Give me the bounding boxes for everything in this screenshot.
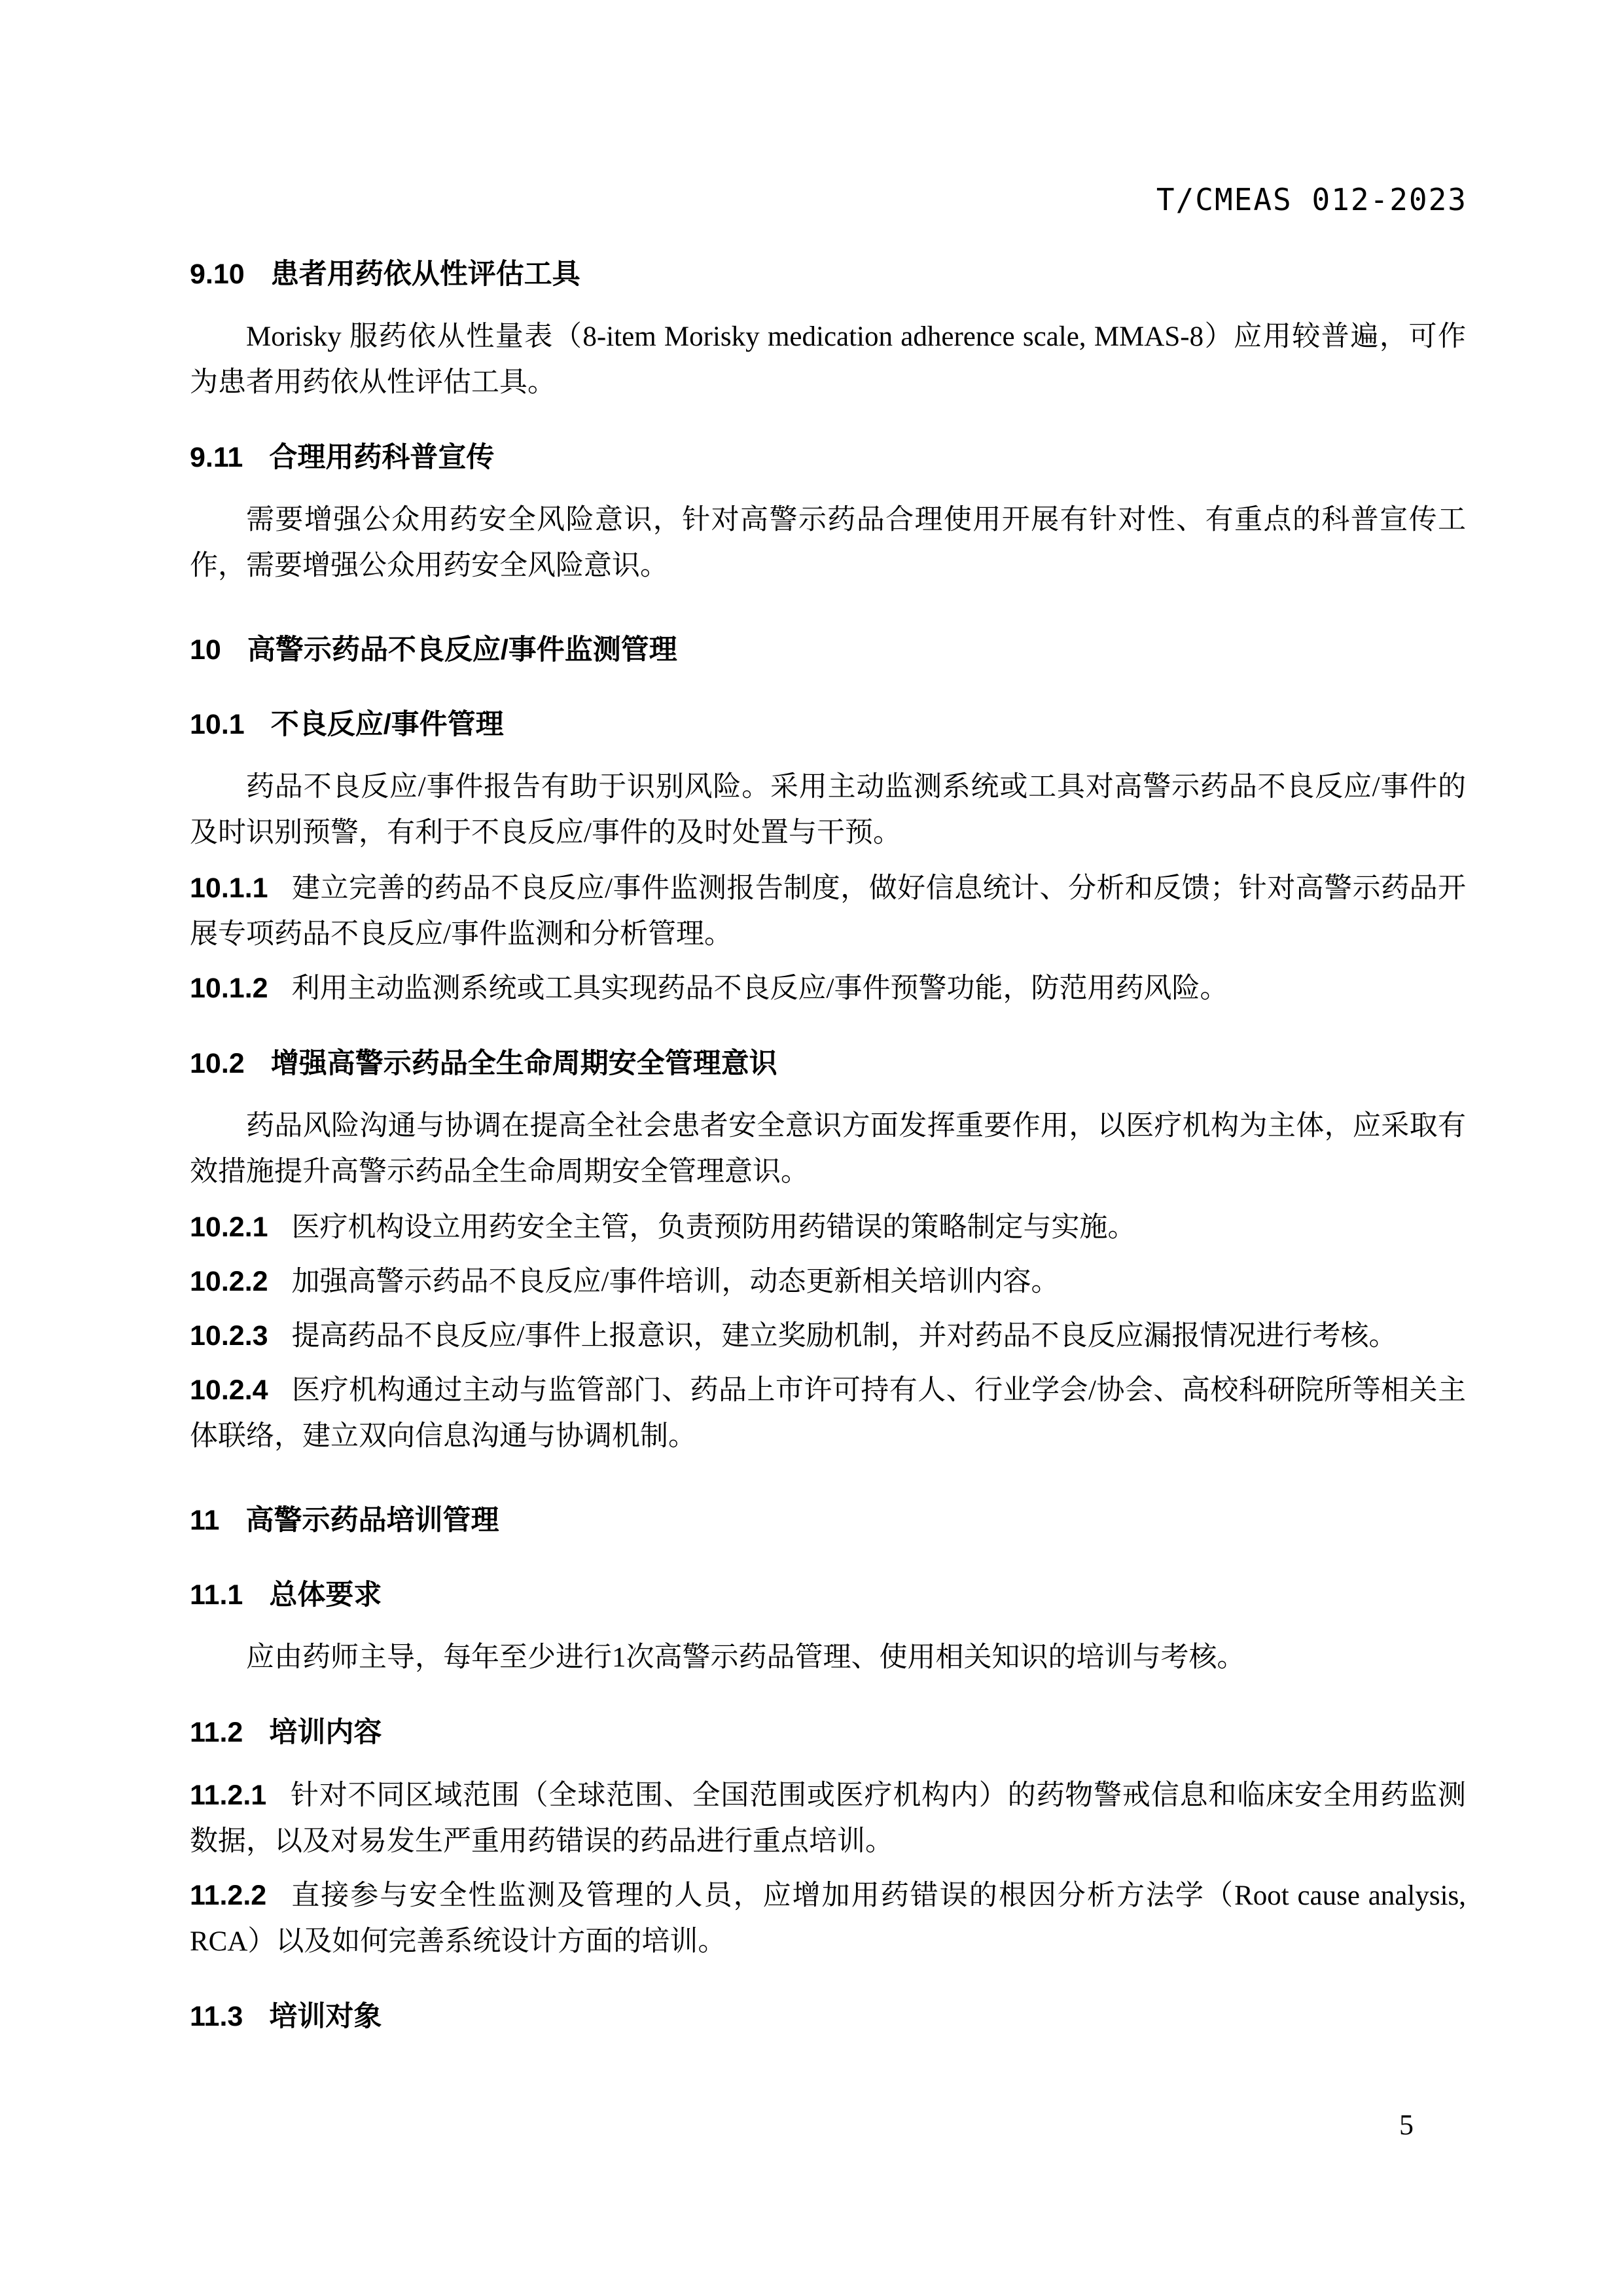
document-body: 9.10患者用药依从性评估工具 Morisky 服药依从性量表（8-item M… [190,0,1466,2056]
clause-10-2-2: 10.2.2加强高警示药品不良反应/事件培训，动态更新相关培训内容。 [190,1259,1466,1305]
page-number: 5 [1399,2102,1414,2148]
heading-title: 不良反应/事件管理 [271,709,504,740]
paragraph: 需要增强公众用药安全风险意识，针对高警示药品合理使用开展有针对性、有重点的科普宣… [190,497,1466,589]
clause-11-2-1: 11.2.1针对不同区域范围（全球范围、全国范围或医疗机构内）的药物警戒信息和临… [190,1772,1466,1865]
heading-title: 高警示药品不良反应/事件监测管理 [247,634,677,666]
clause-10-2-1: 10.2.1医疗机构设立用药安全主管，负责预防用药错误的策略制定与实施。 [190,1204,1466,1251]
heading-title: 培训内容 [269,1717,382,1748]
heading-10-2: 10.2增强高警示药品全生命周期安全管理意识 [190,1041,1466,1086]
heading-number: 10 [190,634,221,666]
heading-title: 培训对象 [269,2001,382,2032]
clause-number: 10.2.3 [190,1320,268,1352]
clause-number: 10.1.1 [190,872,268,904]
clause-10-2-3: 10.2.3提高药品不良反应/事件上报意识，建立奖励机制，并对药品不良反应漏报情… [190,1313,1466,1359]
heading-9-10: 9.10患者用药依从性评估工具 [190,251,1466,297]
heading-title: 患者用药依从性评估工具 [271,259,580,290]
heading-number: 9.10 [190,259,245,290]
heading-11: 11高警示药品培训管理 [190,1498,1466,1543]
heading-number: 11.2 [190,1717,243,1748]
paragraph: 药品不良反应/事件报告有助于识别风险。采用主动监测系统或工具对高警示药品不良反应… [190,764,1466,856]
clause-number: 11.2.2 [190,1880,266,1911]
paragraph: 应由药师主导，每年至少进行1次高警示药品管理、使用相关知识的培训与考核。 [190,1635,1466,1681]
clause-number: 10.2.2 [190,1266,268,1297]
clause-text: 医疗机构通过主动与监管部门、药品上市许可持有人、行业学会/协会、高校科研院所等相… [190,1375,1466,1452]
clause-number: 10.2.1 [190,1211,268,1243]
heading-11-2: 11.2培训内容 [190,1710,1466,1755]
clause-text: 建立完善的药品不良反应/事件监测报告制度，做好信息统计、分析和反馈；针对高警示药… [190,873,1466,950]
heading-10: 10高警示药品不良反应/事件监测管理 [190,627,1466,673]
heading-title: 合理用药科普宣传 [269,442,494,473]
clause-text: 医疗机构设立用药安全主管，负责预防用药错误的策略制定与实施。 [292,1212,1136,1243]
heading-number: 10.2 [190,1048,245,1079]
clause-text: 针对不同区域范围（全球范围、全国范围或医疗机构内）的药物警戒信息和临床安全用药监… [190,1780,1466,1857]
heading-number: 11.1 [190,1579,243,1611]
paragraph: Morisky 服药依从性量表（8-item Morisky medicatio… [190,314,1466,406]
heading-number: 11 [190,1505,219,1536]
clause-number: 11.2.1 [190,1780,266,1811]
heading-11-1: 11.1总体要求 [190,1572,1466,1618]
heading-10-1: 10.1不良反应/事件管理 [190,702,1466,747]
heading-title: 增强高警示药品全生命周期安全管理意识 [271,1048,777,1079]
clause-text: 直接参与安全性监测及管理的人员，应增加用药错误的根因分析方法学（Root cau… [190,1880,1466,1957]
heading-9-11: 9.11合理用药科普宣传 [190,435,1466,480]
clause-number: 10.1.2 [190,973,268,1004]
paragraph: 药品风险沟通与协调在提高全社会患者安全意识方面发挥重要作用，以医疗机构为主体，应… [190,1103,1466,1195]
heading-title: 高警示药品培训管理 [245,1505,499,1536]
clause-text: 利用主动监测系统或工具实现药品不良反应/事件预警功能，防范用药风险。 [292,973,1228,1004]
clause-number: 10.2.4 [190,1374,268,1406]
clause-text: 提高药品不良反应/事件上报意识，建立奖励机制，并对药品不良反应漏报情况进行考核。 [292,1321,1397,1352]
document-page: T/CMEAS 012-2023 9.10患者用药依从性评估工具 Morisky… [0,0,1623,2296]
clause-10-2-4: 10.2.4医疗机构通过主动与监管部门、药品上市许可持有人、行业学会/协会、高校… [190,1367,1466,1460]
heading-number: 10.1 [190,709,245,740]
clause-text: 加强高警示药品不良反应/事件培训，动态更新相关培训内容。 [292,1266,1060,1297]
heading-number: 9.11 [190,442,243,473]
heading-title: 总体要求 [269,1579,382,1611]
heading-11-3: 11.3培训对象 [190,1994,1466,2039]
clause-10-1-1: 10.1.1建立完善的药品不良反应/事件监测报告制度，做好信息统计、分析和反馈；… [190,865,1466,958]
heading-number: 11.3 [190,2001,243,2032]
clause-10-1-2: 10.1.2利用主动监测系统或工具实现药品不良反应/事件预警功能，防范用药风险。 [190,965,1466,1012]
clause-11-2-2: 11.2.2直接参与安全性监测及管理的人员，应增加用药错误的根因分析方法学（Ro… [190,1873,1466,1965]
